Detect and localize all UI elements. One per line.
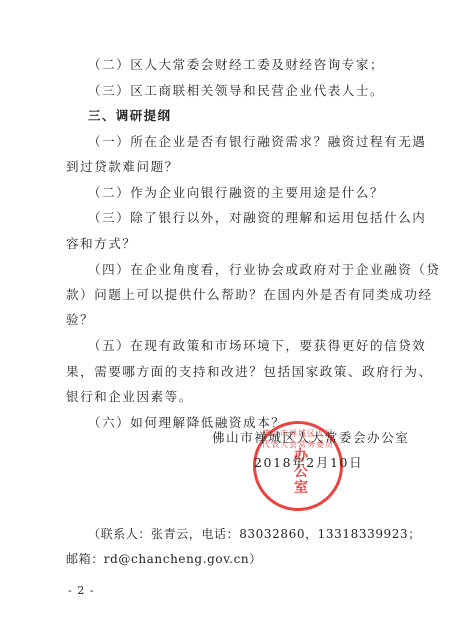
outline-line: 验？: [66, 312, 94, 328]
outline-line: （一）所在企业是否有银行融资需求？融资过程有无遇: [88, 134, 426, 150]
outline-line: 银行和企业因素等。: [66, 389, 193, 405]
participant-item-2: （二）区人大常委会财经工委及财经咨询专家；: [88, 57, 384, 73]
outline-line: （四）在企业角度看，行业协会或政府对于企业融资（贷: [88, 262, 441, 278]
outline-line: （三）除了银行以外，对融资的理解和运用包括什么内: [88, 210, 426, 226]
outline-line: 容和方式？: [66, 236, 137, 252]
signature-date: 2018年2月10日: [254, 455, 363, 471]
outline-line: 款）问题上可以提供什么帮助？在国内外是否有同类成功经: [66, 287, 433, 303]
outline-line: 果，需要哪方面的支持和改进？包括国家政策、政府行为、: [66, 364, 433, 380]
outline-line: （二）作为企业向银行融资的主要用途是什么？: [88, 185, 384, 201]
contact-line-1: （联系人：张青云，电话：83032860，13318339923；: [88, 526, 421, 542]
signature-organization: 佛山市禅城区人大常委会办公室: [212, 430, 409, 446]
section-heading: 三、调研提纲: [88, 108, 171, 124]
contact-line-2: 邮箱：rd@chancheng.gov.cn）: [66, 551, 262, 567]
outline-line: （五）在现有政策和市场环境下，要获得更好的信贷效: [88, 338, 426, 354]
outline-line: 到过贷款难问题？: [66, 159, 179, 175]
page-number: - 2 -: [68, 583, 94, 599]
participant-item-3: （三）区工商联相关领导和民营企业代表人士。: [88, 83, 384, 99]
outline-line: （六）如何理解降低融资成本？: [88, 415, 285, 431]
